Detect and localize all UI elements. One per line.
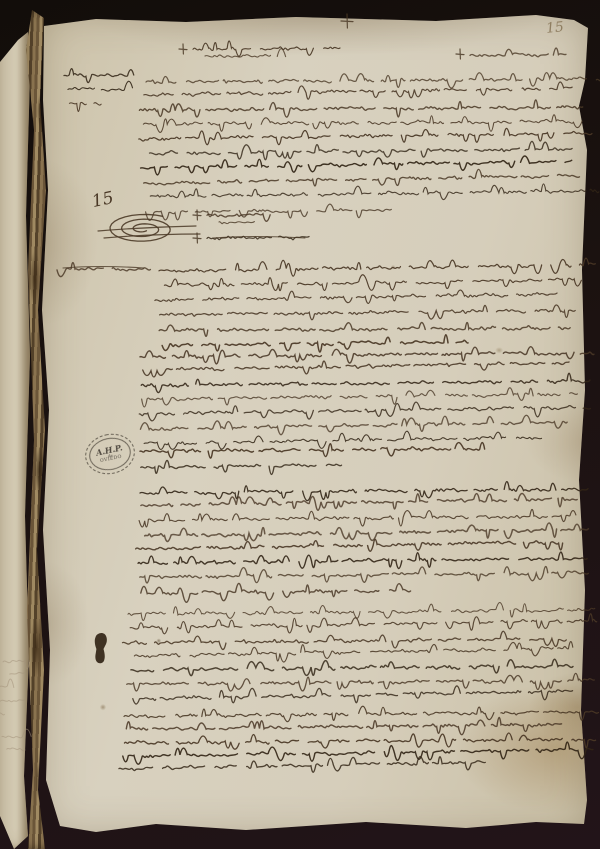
stamp-line-3: OVIEDO [100,455,123,464]
previous-folio-edge [0,16,30,849]
folio-number: 15 [545,19,564,37]
manuscript-scan: 15 15 A.H.P. de OVIEDO [0,0,600,849]
manuscript-page [36,10,594,840]
